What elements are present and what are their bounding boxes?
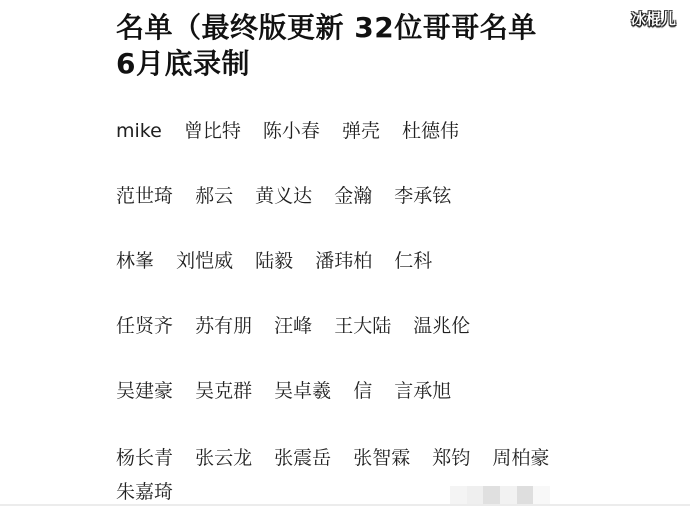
list-item: 郑钧 (432, 446, 470, 470)
list-item: 王大陆 (334, 314, 391, 338)
list-item: 曾比特 (184, 119, 241, 143)
list-item: 潘玮柏 (315, 249, 372, 273)
list-item: 张云龙 (195, 446, 252, 470)
list-item: 金瀚 (334, 184, 372, 208)
list-item: 任贤齐 (116, 314, 173, 338)
list-item: 黄义达 (255, 184, 312, 208)
blur-block (467, 486, 484, 504)
list-item: 张震岳 (274, 446, 331, 470)
list-item: 范世琦 (116, 184, 173, 208)
list-item: 朱嘉琦 (116, 480, 173, 504)
title-line-2: 6月底录制 (116, 46, 537, 82)
blur-block (533, 486, 550, 504)
list-item: 张智霖 (353, 446, 410, 470)
name-row-7: 朱嘉琦 (116, 480, 189, 504)
title-line-1: 名单（最终版更新 32位哥哥名单 (116, 10, 537, 46)
name-row-3: 林峯 刘恺威 陆毅 潘玮柏 仁科 (116, 249, 448, 273)
list-item: 李承铉 (394, 184, 451, 208)
name-row-6: 杨长青 张云龙 张震岳 张智霖 郑钧 周柏豪 (116, 446, 565, 470)
list-item: 汪峰 (274, 314, 312, 338)
list-item: 周柏豪 (492, 446, 549, 470)
list-item: 郝云 (195, 184, 233, 208)
list-item: 温兆伦 (413, 314, 470, 338)
list-item: 吴建豪 (116, 379, 173, 403)
list-item: 陆毅 (255, 249, 293, 273)
list-item: 杨长青 (116, 446, 173, 470)
name-row-5: 吴建豪 吴克群 吴卓羲 信 言承旭 (116, 379, 467, 403)
blur-block (500, 486, 517, 504)
list-item: 刘恺威 (176, 249, 233, 273)
blur-block (483, 486, 500, 504)
list-item: 林峯 (116, 249, 154, 273)
blur-block (517, 486, 534, 504)
blurred-region (450, 486, 550, 504)
list-item: 信 (353, 379, 372, 403)
list-item: 苏有朋 (195, 314, 252, 338)
list-item: 吴克群 (195, 379, 252, 403)
list-item: mike (116, 119, 162, 143)
list-item: 吴卓羲 (274, 379, 331, 403)
page-title: 名单（最终版更新 32位哥哥名单 6月底录制 (116, 10, 537, 82)
list-item: 陈小春 (263, 119, 320, 143)
name-row-4: 任贤齐 苏有朋 汪峰 王大陆 温兆伦 (116, 314, 486, 338)
list-item: 弹壳 (342, 119, 380, 143)
list-item: 仁科 (394, 249, 432, 273)
name-row-1: mike 曾比特 陈小春 弹壳 杜德伟 (116, 119, 475, 143)
name-row-2: 范世琦 郝云 黄义达 金瀚 李承铉 (116, 184, 467, 208)
blur-block (450, 486, 467, 504)
list-item: 言承旭 (394, 379, 451, 403)
list-item: 杜德伟 (402, 119, 459, 143)
watermark: 冰棍儿 (631, 8, 676, 29)
